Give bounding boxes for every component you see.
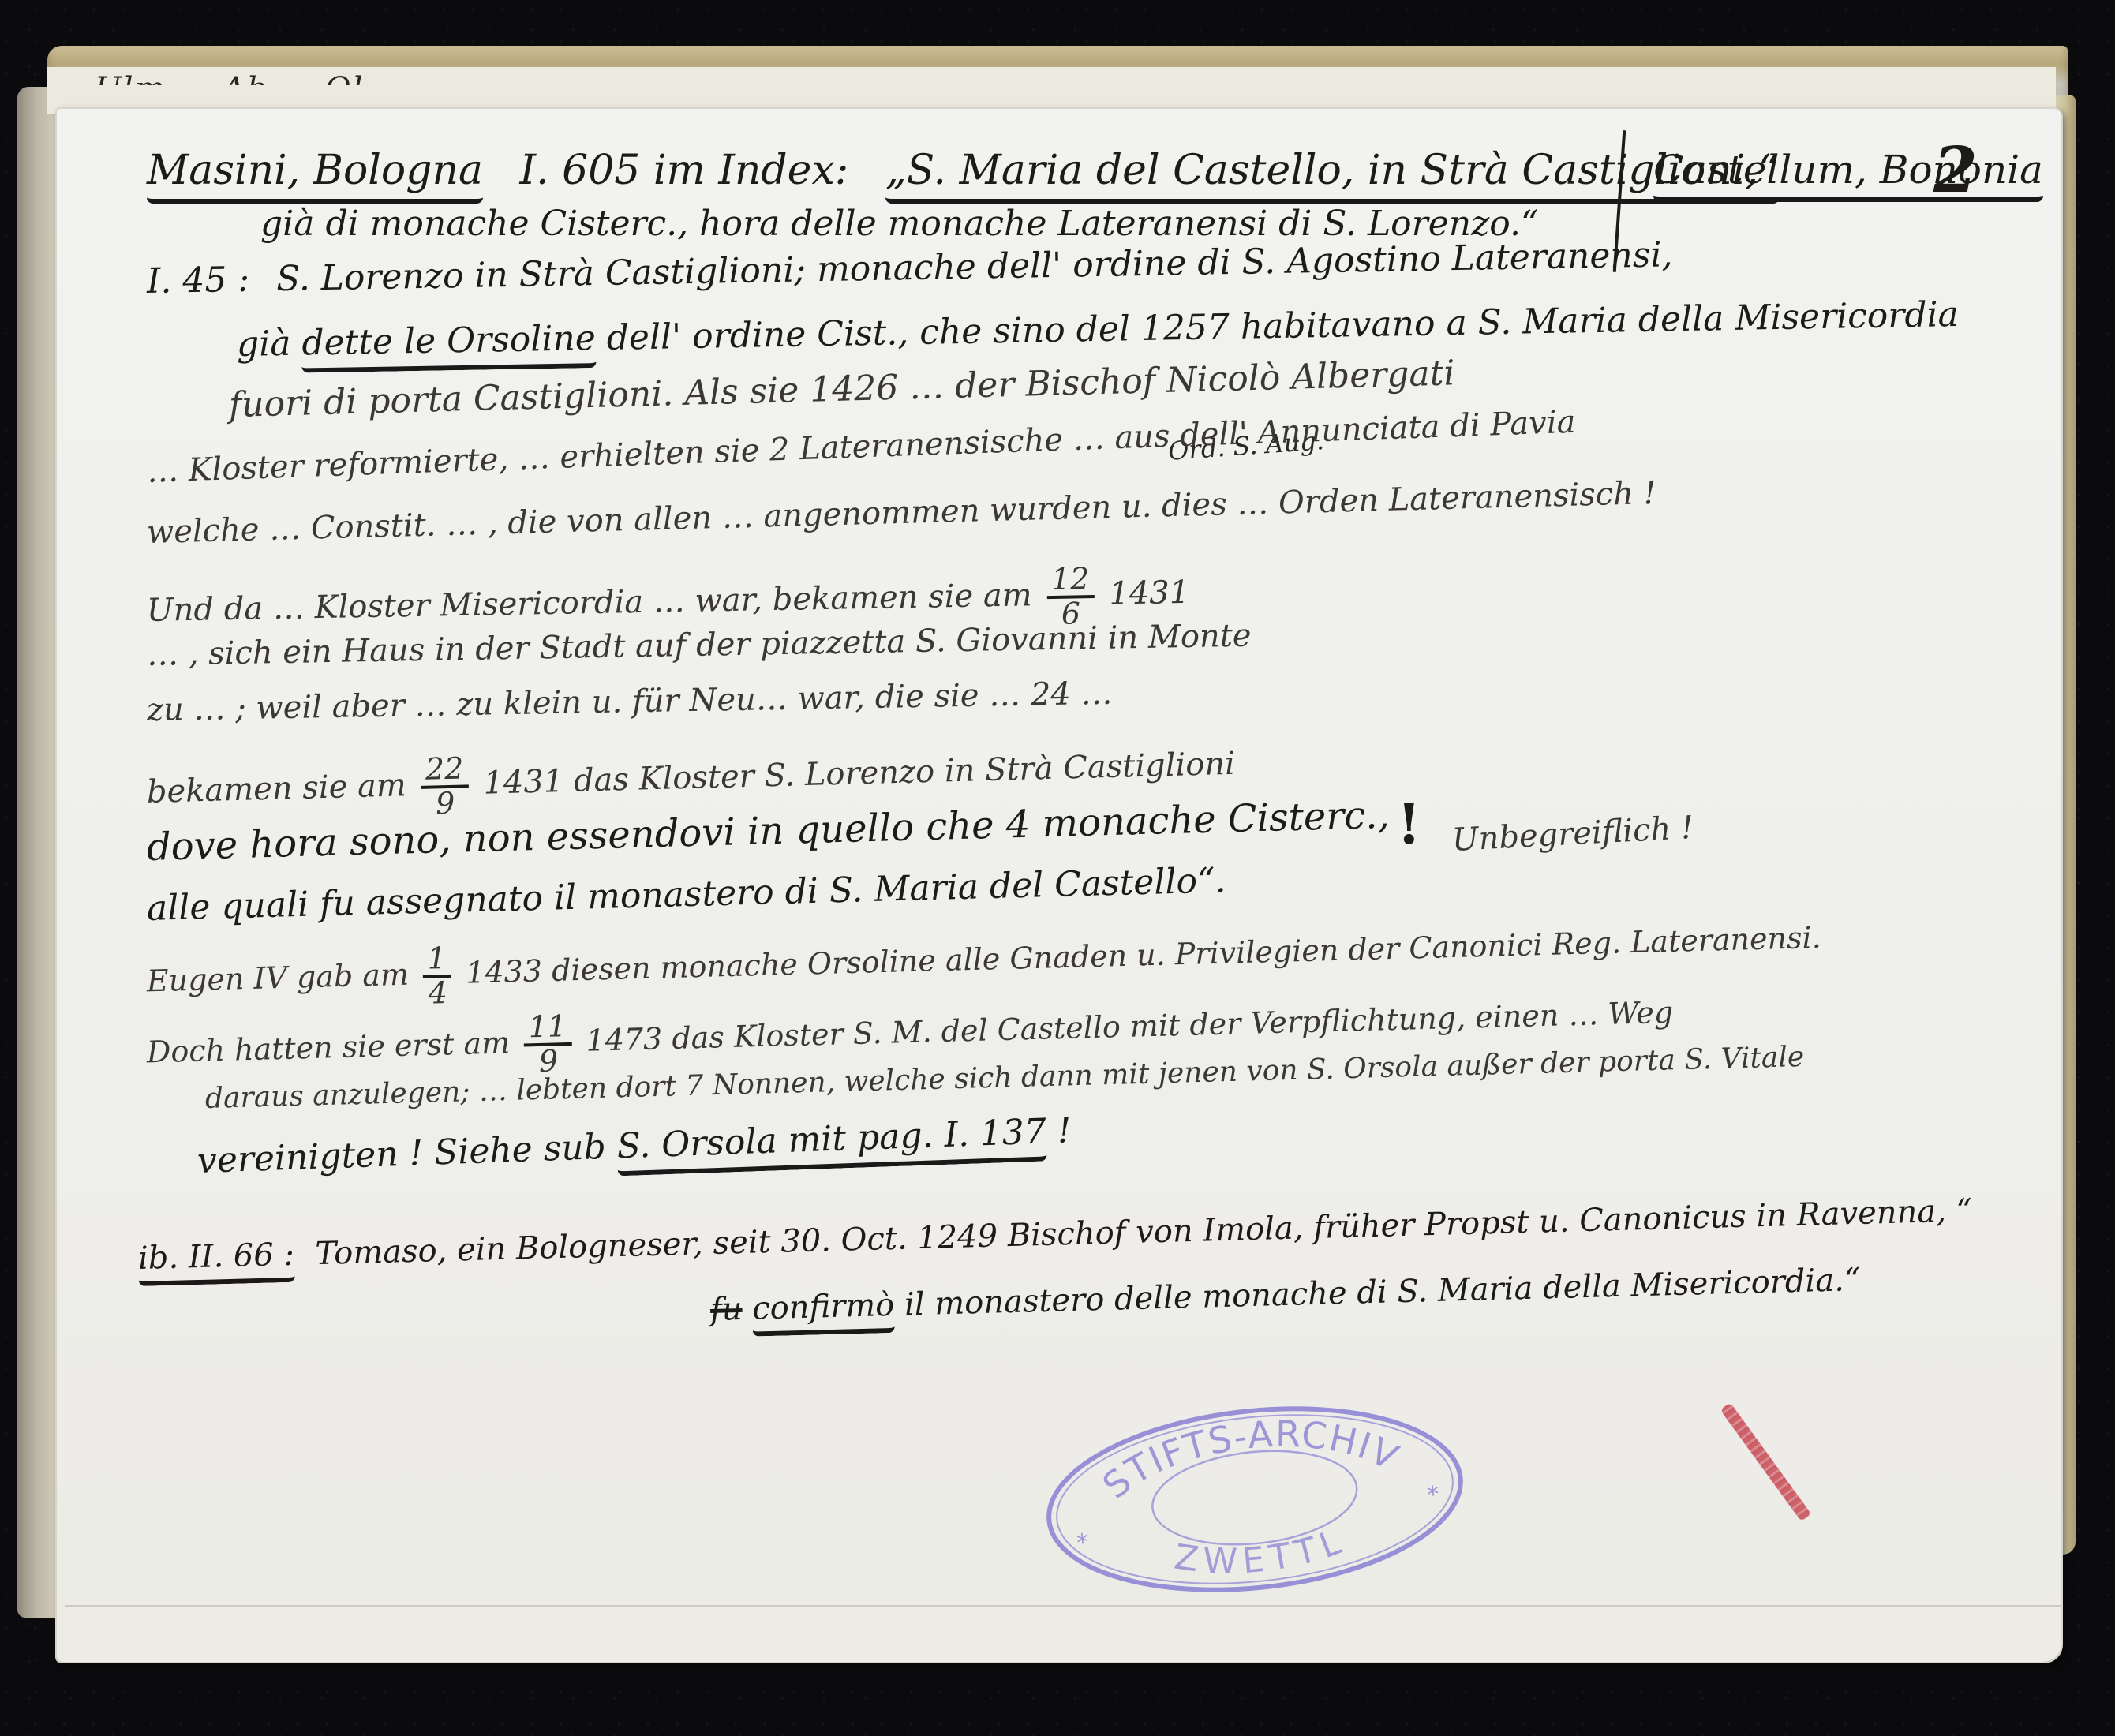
stamp-star-left: * (1076, 1528, 1091, 1557)
text-line-1: già di monache Cisterc., hora delle mona… (260, 207, 1538, 241)
underlined-phrase: confirmò (752, 1287, 896, 1337)
date-day: 1 (422, 943, 451, 978)
stamp-star-right: * (1426, 1481, 1441, 1510)
line-text: das Kloster S. Lorenzo in Strà Castiglio… (573, 746, 1235, 799)
date-fraction: 14 (422, 943, 452, 1010)
underlined-phrase: dette le Orsoline (301, 318, 596, 372)
date-month: 4 (428, 978, 447, 1010)
date-day: 22 (420, 753, 468, 788)
date-year: 1433 (466, 953, 543, 990)
date-month: 9 (436, 788, 455, 821)
header-quote-title: „S. Maria del Castello, in Strà Castigli… (885, 147, 1780, 204)
line-text: già (237, 324, 302, 365)
line-ref: I. 45 : (147, 260, 250, 301)
line-text: Eugen IV gab am (146, 957, 409, 999)
line-ref: ib. II. 66 : (137, 1237, 294, 1286)
date-fraction: 229 (420, 753, 470, 820)
date-day: 11 (523, 1011, 571, 1046)
line-text: Und da … Kloster Misericordia … war, bek… (147, 577, 1032, 629)
struck-word: fu (709, 1291, 743, 1328)
line-text: Doch hatten sie erst am (146, 1025, 510, 1069)
date-year: 1431 (483, 763, 564, 802)
exclamation-mark: ! (1397, 797, 1421, 852)
header-source: Masini, Bologna (147, 147, 483, 204)
header-source-line: Masini, Bologna I. 605 im Index: „S. Mar… (147, 150, 1780, 191)
line-text: bekamen sie am (146, 767, 406, 810)
date-day: 12 (1046, 563, 1095, 599)
line-text: das Kloster S. M. del Castello mit der V… (672, 995, 1674, 1056)
header-reference: I. 605 im Index: (520, 147, 849, 194)
page-number: 2 (1933, 133, 1978, 207)
date-year: 1431 (1109, 574, 1190, 612)
date-year: 1473 (586, 1021, 663, 1058)
line-text: ! (1046, 1110, 1072, 1151)
subject-heading-text: Castellum, Bononia (1653, 147, 2043, 202)
date-fraction: 119 (523, 1011, 573, 1078)
subject-heading: Castellum, Bononia (1653, 150, 2043, 189)
